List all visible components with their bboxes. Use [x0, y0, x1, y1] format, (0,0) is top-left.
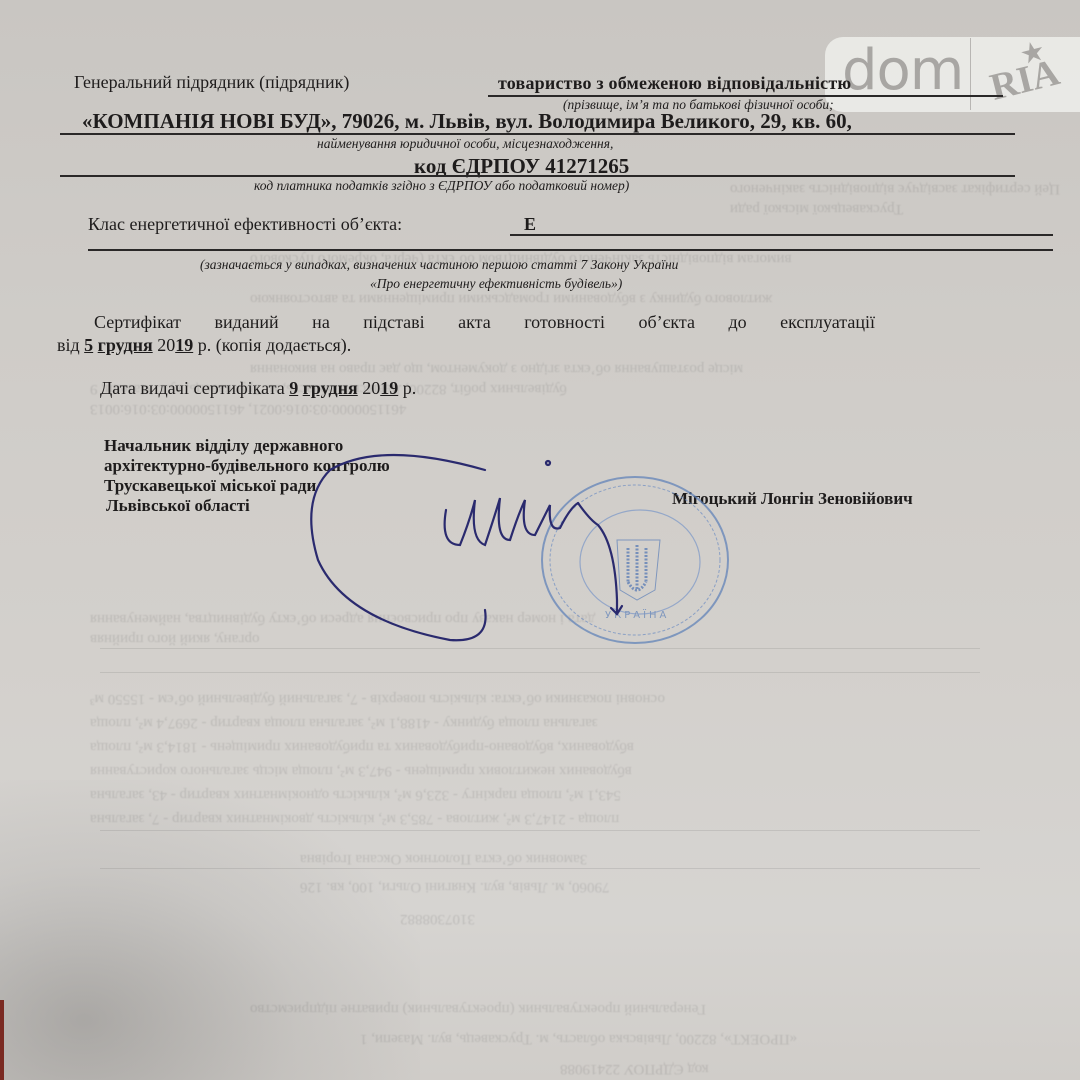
stamp-and-signature: УКРАЇНА: [0, 0, 1080, 1080]
stamp-text: УКРАЇНА: [605, 608, 669, 621]
official-stamp: УКРАЇНА: [542, 477, 728, 643]
signature: [311, 455, 622, 640]
